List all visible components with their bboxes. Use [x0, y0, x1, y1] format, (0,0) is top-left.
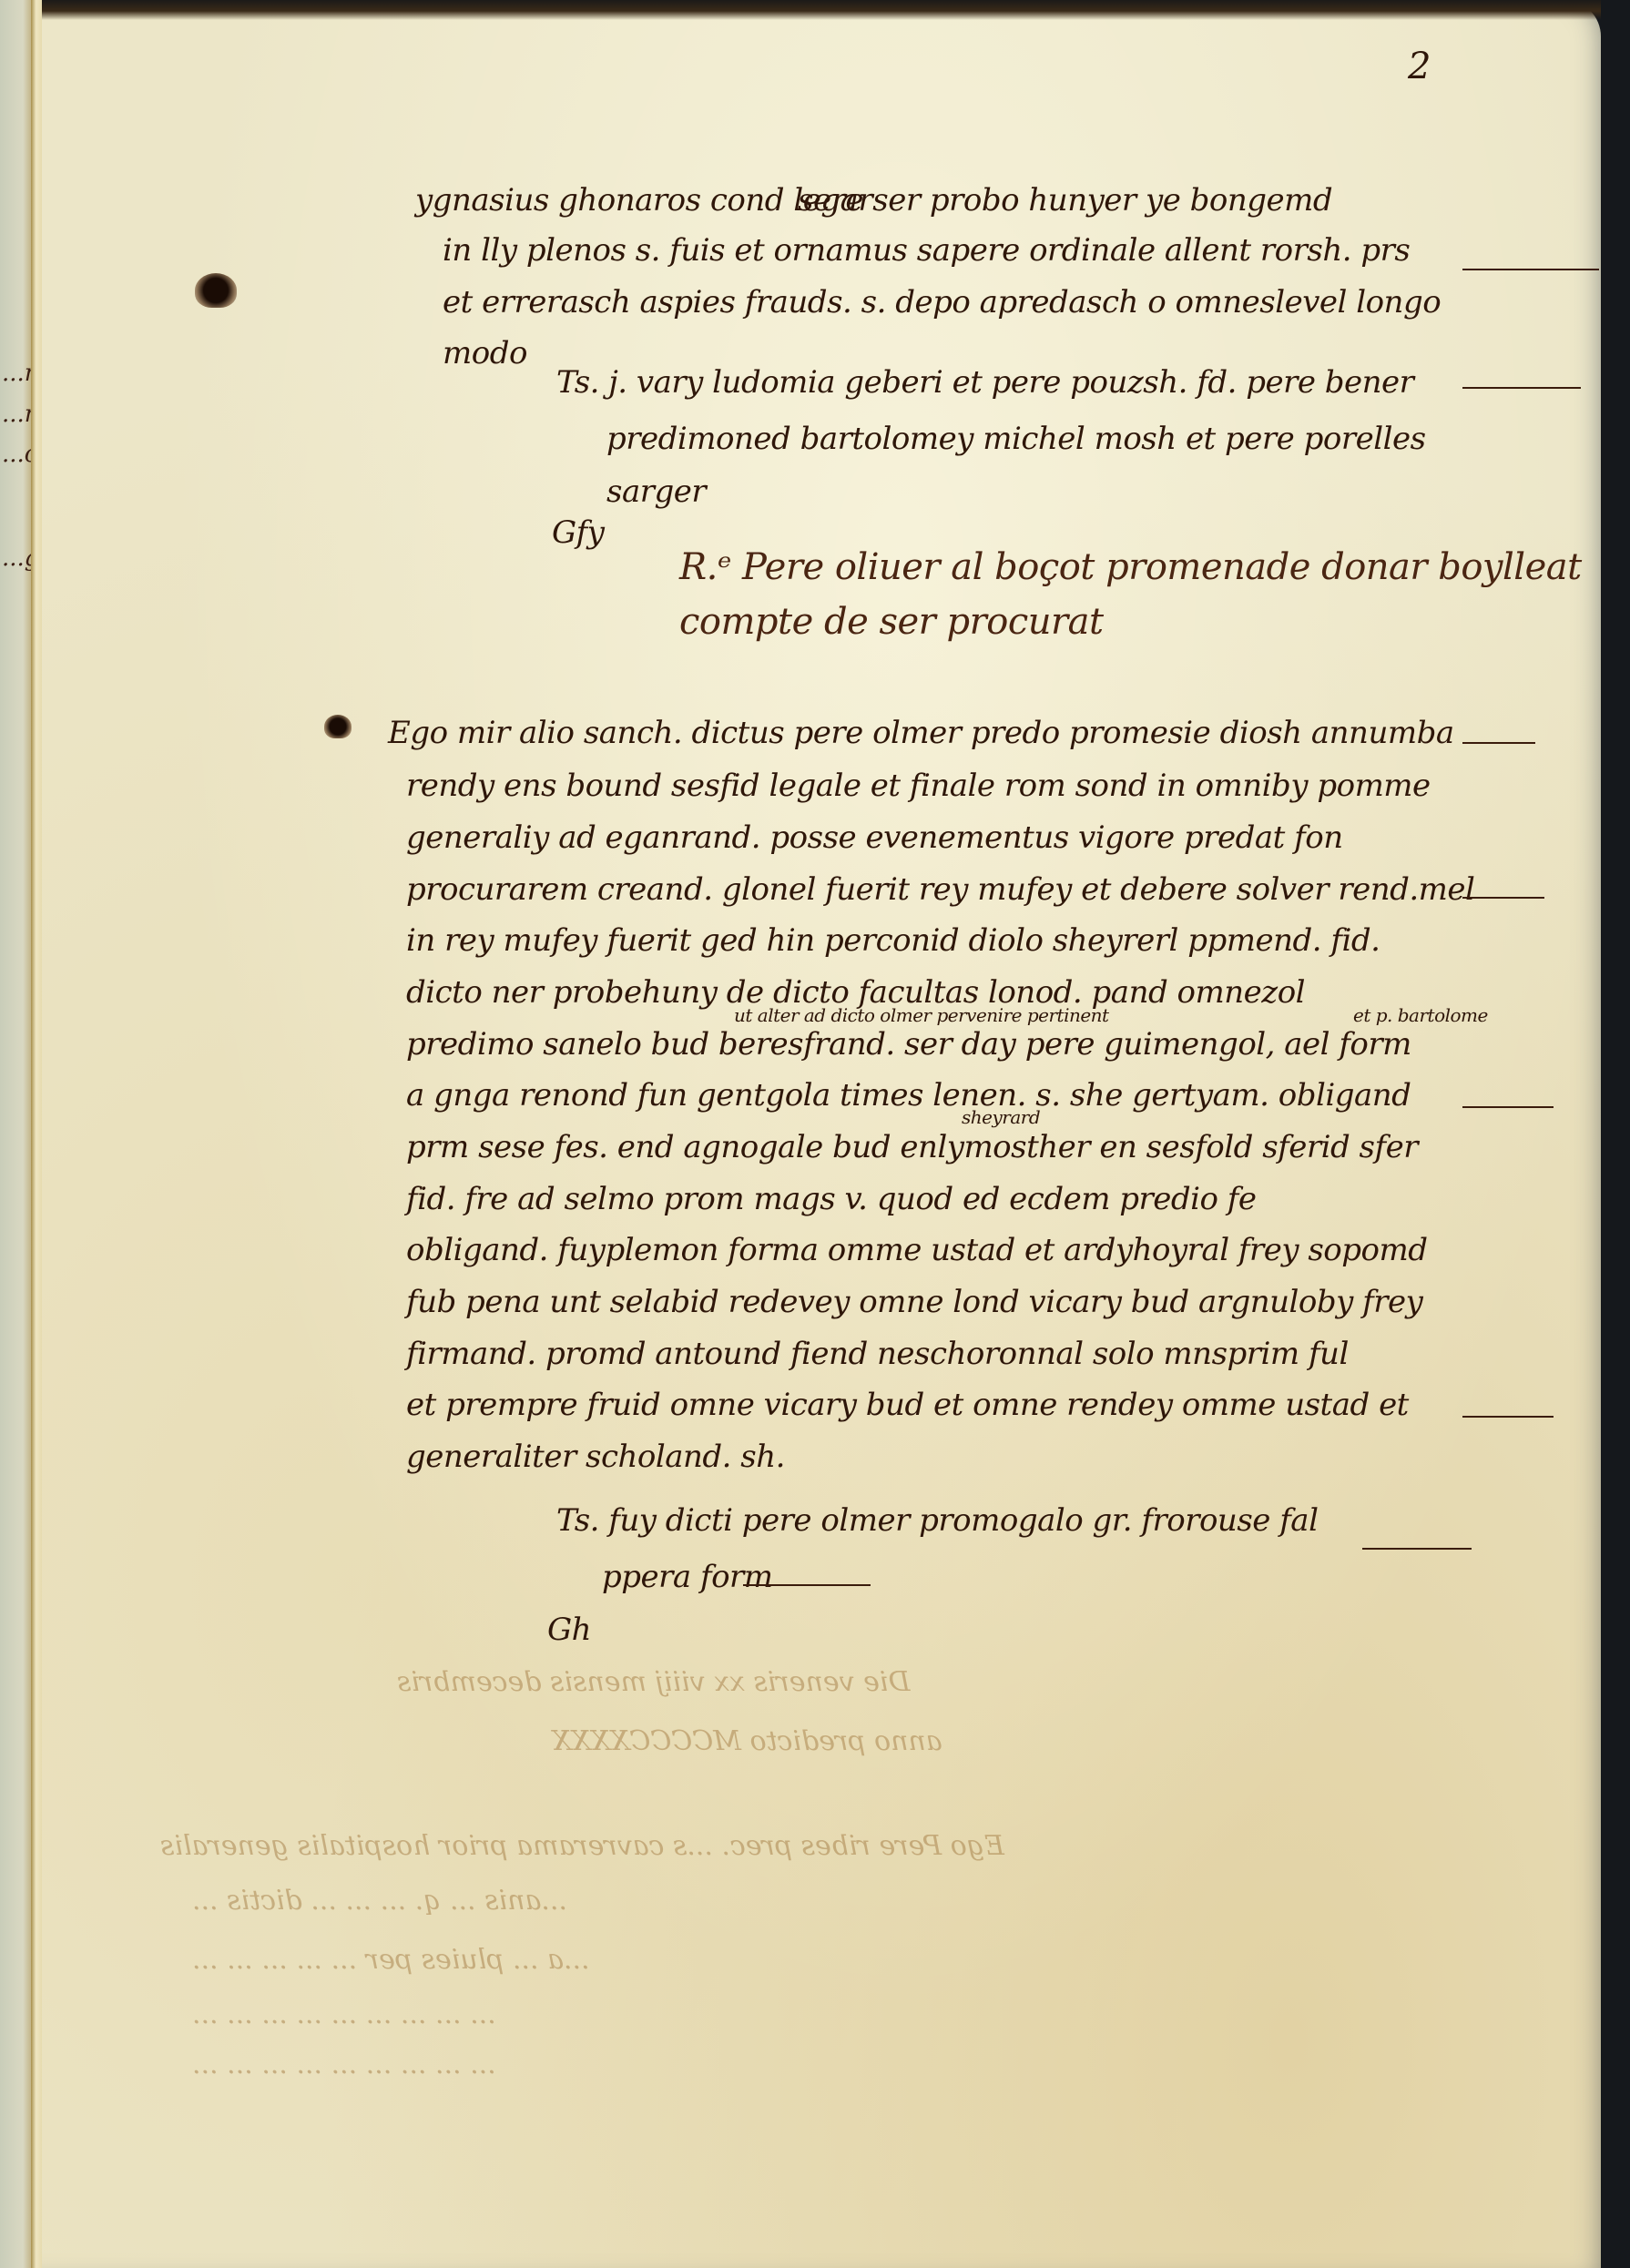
burned-top-edge — [42, 0, 1601, 20]
line-filler-flourish — [1462, 1106, 1554, 1108]
text-line: prm sese fes. end agnogale bud enlymosth… — [406, 1129, 1418, 1165]
show-through-line: ...a ... pluies per ... ... ... ... ... — [192, 1944, 590, 1976]
line-filler-flourish — [1462, 897, 1544, 899]
line-filler-flourish — [1462, 1416, 1554, 1418]
show-through-line: ... ... ... ... ... ... ... ... ... — [192, 1998, 496, 2030]
text-line: Ts. j. vary ludomia geberi et pere pouzs… — [556, 364, 1413, 401]
text-line: predimoned bartolomey michel mosh et per… — [606, 421, 1426, 457]
text-line: generaliy ad eganrand. posse evenementus… — [406, 819, 1343, 856]
text-line: a gnga renond fun gentgola times lenen. … — [406, 1077, 1411, 1114]
interlinear-insertion: sheyrard — [962, 1106, 1040, 1128]
text-line: et prempre fruid omne vicary bud et omne… — [406, 1387, 1409, 1423]
text-line: R.ᵉ Pere oliuer al boçot promenade donar… — [679, 546, 1582, 588]
text-line: Ego mir alio sanch. dictus pere olmer pr… — [388, 715, 1454, 751]
text-line: fub pena unt selabid redevey omne lond v… — [406, 1284, 1422, 1320]
text-line: predimo sanelo bud beresfrand. ser day p… — [406, 1026, 1411, 1063]
text-line: Ts. fuy dicti pere olmer promogalo gr. f… — [556, 1502, 1318, 1539]
show-through-line: anno predicto MCCCCXXXX — [552, 1725, 942, 1757]
paragraph-mark: Gh — [547, 1612, 591, 1648]
line-filler-flourish — [1362, 1548, 1472, 1550]
text-line: in lly plenos s. fuis et ornamus sapere … — [443, 232, 1410, 269]
text-line: modo — [443, 335, 527, 371]
text-line: firmand. promd antound fiend neschoronna… — [406, 1336, 1349, 1372]
text-line: generaliter scholand. sh. — [406, 1439, 785, 1475]
paragraph-mark: Gfy — [552, 514, 604, 551]
line-filler-flourish — [1462, 269, 1599, 270]
text-line: procurarem creand. glonel fuerit rey muf… — [406, 871, 1474, 908]
text-line: obligand. fuyplemon forma omme ustad et … — [406, 1232, 1428, 1268]
manuscript-folio: 2 Die veneris xx viiij mensis decembris … — [42, 0, 1601, 2268]
facing-page-edge: ...nçj ...roby ...ceh ...gj — [0, 0, 33, 2268]
show-through-line: Die veneris xx viiij mensis decembris — [397, 1666, 910, 1698]
text-line: et errerasch aspies frauds. s. depo apre… — [443, 284, 1441, 320]
text-line: sere ser probo hunyer ye bongemd — [798, 182, 1332, 219]
folio-number: 2 — [1408, 46, 1431, 87]
show-through-line: ...anis ... q. ... ... ... dictis ... — [192, 1885, 567, 1917]
show-through-line: Ego Pere ribes prec. ...s cavrerama prio… — [160, 1830, 1004, 1862]
ink-blot — [195, 273, 237, 308]
text-line: compte de ser procurat — [679, 601, 1104, 643]
interlinear-insertion: ut alter ad dicto olmer pervenire pertin… — [734, 1004, 1109, 1026]
line-filler-flourish — [743, 1584, 871, 1586]
text-line: rendy ens bound sesfid legale et finale … — [406, 768, 1431, 804]
text-line: sarger — [606, 473, 706, 510]
show-through-line: ... ... ... ... ... ... ... ... ... — [192, 2049, 496, 2080]
ink-blot — [324, 715, 351, 738]
line-filler-flourish — [1462, 742, 1535, 744]
text-line: ppera form — [602, 1559, 773, 1595]
text-line: in rey mufey fuerit ged hin perconid dio… — [406, 922, 1380, 959]
interlinear-insertion: et p. bartolome — [1353, 1004, 1488, 1026]
text-line: fid. fre ad selmo prom mags v. quod ed e… — [406, 1181, 1257, 1217]
line-filler-flourish — [1462, 387, 1581, 389]
